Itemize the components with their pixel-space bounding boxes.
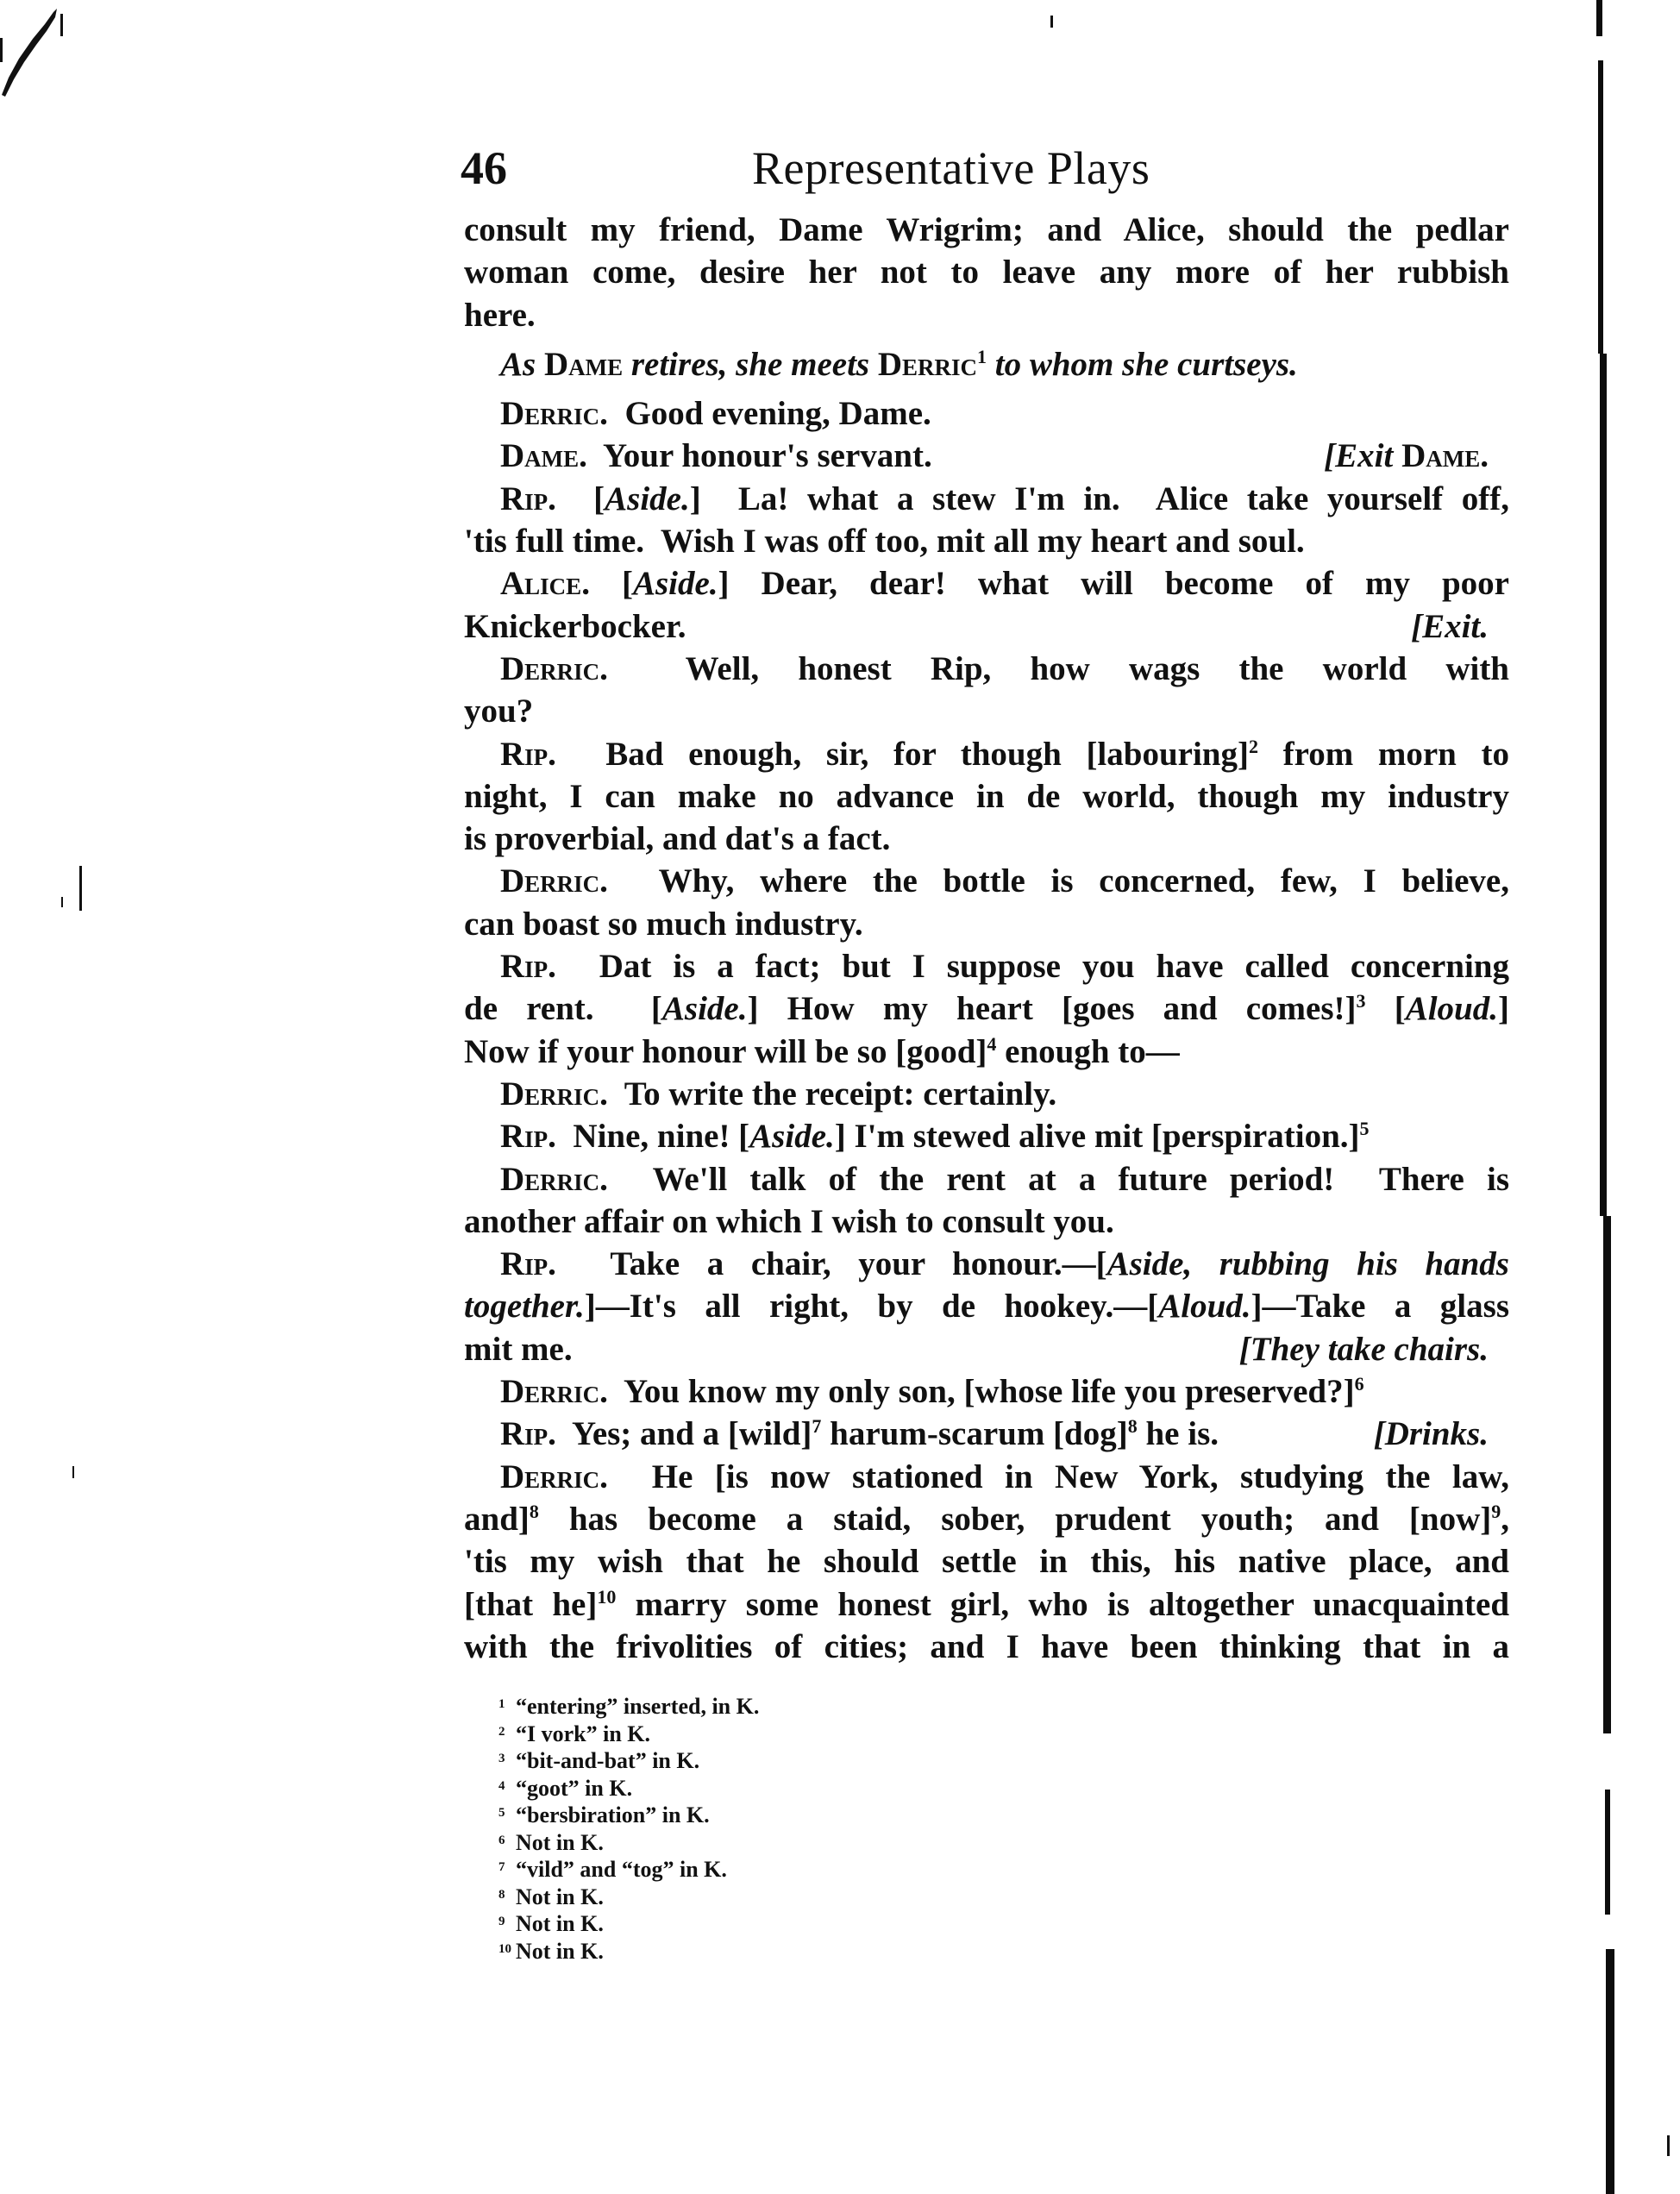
text-run: he is.	[1138, 1415, 1219, 1452]
footnote-number: 2	[498, 1720, 512, 1745]
speaker-name: Rip.	[500, 1118, 556, 1155]
line-speech: Knickerbocker.	[464, 605, 686, 648]
speaker-name: Derric.	[500, 862, 608, 900]
text-run: consult my friend, Dame Wrigrim; and Ali…	[464, 211, 1509, 248]
text-run: harum-scarum [dog]	[821, 1415, 1127, 1452]
stage-direction: [They take chairs.	[1239, 1328, 1509, 1370]
footnote-number: 1	[498, 1692, 512, 1717]
text-run: Nine, nine! [	[556, 1118, 749, 1155]
text-run: Well, honest Rip, how wags the world wit…	[608, 650, 1509, 687]
text-run: Knickerbocker.	[464, 608, 686, 645]
text-run: [	[1366, 990, 1406, 1027]
footnote-text: “entering” inserted, in K.	[516, 1694, 759, 1719]
footnote-text: Not in K.	[516, 1939, 604, 1964]
scan-speck	[79, 866, 82, 911]
footnote: 8Not in K.	[498, 1883, 759, 1910]
text-line: Rip. Dat is a fact; but I suppose you ha…	[464, 945, 1509, 987]
text-run: You know my only son, [whose life you pr…	[608, 1373, 1355, 1410]
text-run: Yes; and a [wild]	[556, 1415, 812, 1452]
line-speech: Rip. Yes; and a [wild]7 harum-scarum [do…	[500, 1413, 1219, 1455]
text-run: [Exit	[1324, 437, 1401, 474]
speaker-name: Rip.	[500, 1245, 556, 1282]
text-run: mit me.	[464, 1331, 573, 1368]
footnote-ref: 3	[1357, 990, 1366, 1012]
text-line: Dame. Your honour's servant.[Exit Dame.	[464, 435, 1509, 477]
text-run: ] I'm stewed alive mit [perspiration.]	[835, 1118, 1360, 1155]
text-run: Dat is a fact; but I suppose you have ca…	[556, 948, 1509, 985]
speaker-name: Dame.	[500, 437, 587, 474]
text-line: mit me.[They take chairs.	[464, 1328, 1509, 1370]
footnote-number: 6	[498, 1828, 512, 1853]
text-line: de rent. [Aside.] How my heart [goes and…	[464, 987, 1509, 1030]
footnote: 3“bit-and-bat” in K.	[498, 1746, 759, 1774]
text-run: [They take chairs.	[1239, 1331, 1489, 1368]
text-run: Aloud.	[1158, 1288, 1251, 1325]
text-run: ] La! what a stew I'm in. Alice take you…	[690, 480, 1509, 517]
page-header: 46 Representative Plays	[461, 138, 1509, 198]
text-run: [	[556, 480, 605, 517]
text-run: Bad enough, sir, for though [labouring]	[556, 736, 1249, 773]
text-line: Rip. Yes; and a [wild]7 harum-scarum [do…	[464, 1413, 1509, 1455]
text-run: marry some honest girl, who is altogethe…	[616, 1586, 1509, 1623]
stage-direction: [Exit Dame.	[1324, 435, 1509, 477]
text-run: ] Dear, dear! what will become of my poo…	[718, 565, 1509, 602]
scan-speck	[61, 897, 63, 907]
footnote-ref: 7	[812, 1415, 821, 1437]
footnote-text: “vild” and “tog” in K.	[516, 1857, 727, 1882]
text-line: 'tis full time. Wish I was off too, mit …	[464, 520, 1509, 562]
text-run: To write the receipt: certainly.	[608, 1075, 1056, 1113]
text-line: 'tis my wish that he should settle in th…	[464, 1540, 1509, 1583]
footnote-number: 10	[498, 1937, 512, 1962]
footnote-text: “goot” in K.	[516, 1776, 632, 1801]
text-run: [	[590, 565, 633, 602]
text-run: here.	[464, 297, 536, 334]
speaker-name: Derric.	[500, 1458, 608, 1495]
speaker-name: Rip.	[500, 480, 556, 517]
speaker-name: Rip.	[500, 1415, 556, 1452]
footnote-number: 9	[498, 1909, 512, 1934]
text-line: woman come, desire her not to leave any …	[464, 251, 1509, 293]
page-number: 46	[461, 138, 507, 198]
text-run: Aside, rubbing his hands	[1107, 1245, 1509, 1282]
footnote-ref: 8	[1128, 1415, 1138, 1437]
text-line: Derric. Well, honest Rip, how wags the w…	[464, 648, 1509, 690]
text-run: We'll talk of the rent at a future perio…	[608, 1161, 1509, 1198]
line-speech: Dame. Your honour's servant.	[500, 435, 932, 477]
text-line: Derric. Why, where the bottle is concern…	[464, 860, 1509, 902]
text-line: together.]—It's all right, by de hookey.…	[464, 1285, 1509, 1327]
text-run: retires, she meets	[623, 346, 878, 383]
footnote-ref: 8	[530, 1501, 539, 1522]
scan-speck	[1667, 2135, 1670, 2156]
footnote-ref: 2	[1249, 736, 1258, 757]
text-run: Your honour's servant.	[587, 437, 932, 474]
text-run: Aside.	[633, 565, 718, 602]
scan-speck	[72, 1466, 74, 1478]
speaker-name: Rip.	[500, 736, 556, 773]
text-line: Alice. [Aside.] Dear, dear! what will be…	[464, 562, 1509, 605]
footnote-ref: 1	[977, 346, 987, 367]
footnotes: 1“entering” inserted, in K.2“I vork” in …	[498, 1692, 759, 1964]
footnote-text: “I vork” in K.	[516, 1721, 650, 1746]
footnote: 4“goot” in K.	[498, 1774, 759, 1802]
text-line: Derric. Good evening, Dame.	[464, 392, 1509, 435]
text-run: and]	[464, 1501, 530, 1538]
footnote: 1“entering” inserted, in K.	[498, 1692, 759, 1720]
text-line: you?	[464, 690, 1509, 732]
footnote-number: 5	[498, 1801, 512, 1826]
text-run: is proverbial, and dat's a fact.	[464, 820, 890, 857]
footnote-text: “bit-and-bat” in K.	[516, 1748, 699, 1773]
text-run: ]	[1498, 990, 1509, 1027]
text-run: 'tis my wish that he should settle in th…	[464, 1543, 1509, 1580]
speaker-name: Derric.	[500, 395, 608, 432]
text-run: night, I can make no advance in de world…	[464, 778, 1509, 815]
text-run: ]—It's all right, by de hookey.—[	[585, 1288, 1158, 1325]
speaker-name: Dame	[544, 346, 623, 383]
scan-corner-mark	[0, 0, 69, 103]
play-text: consult my friend, Dame Wrigrim; and Ali…	[464, 209, 1509, 1668]
footnote: 9Not in K.	[498, 1909, 759, 1937]
stage-direction: [Drinks.	[1374, 1413, 1509, 1455]
text-run: can boast so much industry.	[464, 906, 863, 943]
text-run: de rent. [	[464, 990, 662, 1027]
text-line: Derric. We'll talk of the rent at a futu…	[464, 1158, 1509, 1200]
footnote-number: 4	[498, 1774, 512, 1799]
footnote-text: Not in K.	[516, 1884, 604, 1909]
text-run: Why, where the bottle is concerned, few,…	[608, 862, 1509, 900]
text-run: Take a chair, your honour.—[	[556, 1245, 1107, 1282]
text-line: Rip. [Aside.] La! what a stew I'm in. Al…	[464, 478, 1509, 520]
text-line: Derric. You know my only son, [whose lif…	[464, 1370, 1509, 1413]
text-line: another affair on which I wish to consul…	[464, 1200, 1509, 1243]
text-run: from morn to	[1258, 736, 1509, 773]
speaker-name: Alice.	[500, 565, 590, 602]
footnote-ref: 10	[597, 1586, 616, 1608]
text-run: Good evening, Dame.	[608, 395, 931, 432]
text-run: Now if your honour will be so [good]	[464, 1033, 987, 1070]
text-run: Aloud.	[1406, 990, 1498, 1027]
text-line: Rip. Bad enough, sir, for though [labour…	[464, 733, 1509, 775]
footnote-text: Not in K.	[516, 1911, 604, 1936]
text-line: consult my friend, Dame Wrigrim; and Ali…	[464, 209, 1509, 251]
text-run: another affair on which I wish to consul…	[464, 1203, 1114, 1240]
footnote: 7“vild” and “tog” in K.	[498, 1855, 759, 1883]
text-run: Aside.	[749, 1118, 835, 1155]
text-line: Derric. To write the receipt: certainly.	[464, 1073, 1509, 1115]
text-run: ] How my heart [goes and comes!]	[748, 990, 1357, 1027]
footnote-text: Not in K.	[516, 1830, 604, 1855]
running-title: Representative Plays	[752, 138, 1150, 198]
text-run: together.	[464, 1288, 585, 1325]
text-run: [that he]	[464, 1586, 597, 1623]
scan-speck	[1050, 16, 1053, 28]
speaker-name: Derric.	[500, 1373, 608, 1410]
text-line: As Dame retires, she meets Derric1 to wh…	[464, 343, 1509, 386]
speaker-name: Derric.	[500, 1075, 608, 1113]
speaker-name: Rip.	[500, 948, 556, 985]
text-run: has become a staid, sober, prudent youth…	[539, 1501, 1491, 1538]
footnote-text: “bersbiration” in K.	[516, 1802, 710, 1827]
speaker-name: Derric.	[500, 650, 608, 687]
speaker-name: Dame.	[1401, 437, 1489, 474]
stage-direction: [Exit.	[1411, 605, 1509, 648]
footnote-number: 3	[498, 1746, 512, 1771]
text-run: to whom she curtseys.	[987, 346, 1298, 383]
footnote-ref: 9	[1491, 1501, 1501, 1522]
text-line: Rip. Nine, nine! [Aside.] I'm stewed ali…	[464, 1115, 1509, 1157]
footnote-ref: 6	[1355, 1373, 1364, 1395]
text-run: ]—Take a glass	[1251, 1288, 1509, 1325]
text-run: [Drinks.	[1374, 1415, 1489, 1452]
speaker-name: Derric.	[500, 1161, 608, 1198]
text-line: here.	[464, 294, 1509, 336]
text-run: you?	[464, 693, 533, 730]
text-line: can boast so much industry.	[464, 903, 1509, 945]
line-speech: mit me.	[464, 1328, 573, 1370]
footnote-ref: 5	[1360, 1118, 1370, 1139]
text-run: enough to—	[996, 1033, 1179, 1070]
text-line: Derric. He [is now stationed in New York…	[464, 1456, 1509, 1498]
text-run: Aside.	[662, 990, 748, 1027]
footnote: 2“I vork” in K.	[498, 1720, 759, 1747]
speaker-name: Derric	[878, 346, 977, 383]
footnote-number: 8	[498, 1883, 512, 1908]
text-line: Now if your honour will be so [good]4 en…	[464, 1031, 1509, 1073]
text-run: ,	[1501, 1501, 1509, 1538]
footnote-ref: 4	[987, 1033, 996, 1055]
text-line: night, I can make no advance in de world…	[464, 775, 1509, 818]
text-run: with the frivolities of cities; and I ha…	[464, 1628, 1509, 1665]
text-run: He [is now stationed in New York, studyi…	[608, 1458, 1509, 1495]
text-run: As	[500, 346, 544, 383]
text-line: [that he]10 marry some honest girl, who …	[464, 1583, 1509, 1626]
footnote-number: 7	[498, 1855, 512, 1880]
text-run: Aside.	[605, 480, 690, 517]
text-line: and]8 has become a staid, sober, prudent…	[464, 1498, 1509, 1540]
text-line: Knickerbocker.[Exit.	[464, 605, 1509, 648]
text-line: with the frivolities of cities; and I ha…	[464, 1626, 1509, 1668]
text-line: is proverbial, and dat's a fact.	[464, 818, 1509, 860]
footnote: 10Not in K.	[498, 1937, 759, 1965]
text-run: woman come, desire her not to leave any …	[464, 254, 1509, 291]
footnote: 6Not in K.	[498, 1828, 759, 1856]
text-run: [Exit.	[1411, 608, 1489, 645]
text-run: 'tis full time. Wish I was off too, mit …	[464, 523, 1305, 560]
footnote: 5“bersbiration” in K.	[498, 1801, 759, 1828]
text-line: Rip. Take a chair, your honour.—[Aside, …	[464, 1243, 1509, 1285]
